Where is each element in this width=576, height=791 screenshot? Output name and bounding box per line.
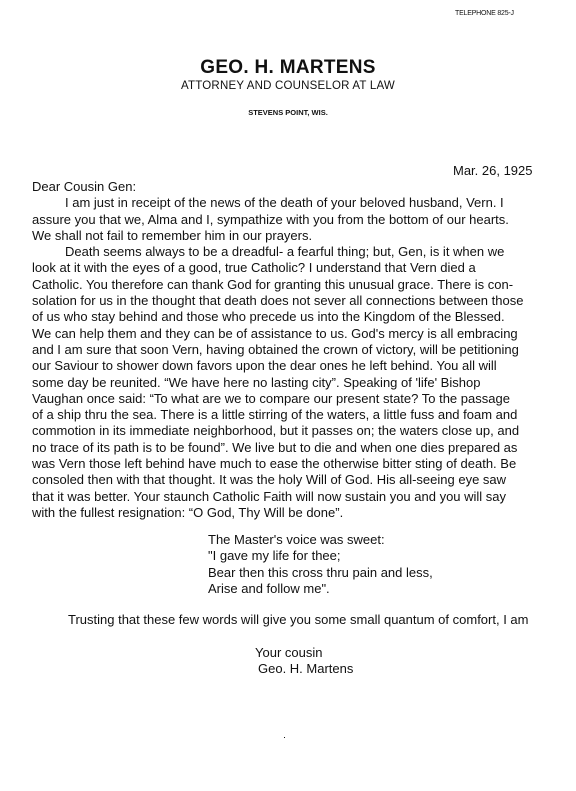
paragraph-2: Death seems always to be a dreadful- a f… (32, 244, 548, 521)
letter-date: Mar. 26, 1925 (453, 163, 533, 178)
text-line: solation for us in the thought that deat… (32, 293, 548, 309)
text-line: Death seems always to be a dreadful- a f… (32, 244, 548, 260)
text-line: was Vern those left behind have much to … (32, 456, 548, 472)
text-line: consoled then with that thought. It was … (32, 472, 548, 488)
text-line: Vaughan once said: “To what are we to co… (32, 391, 548, 407)
text-line: of a ship thru the sea. There is a littl… (32, 407, 548, 423)
poem-line: "I gave my life for thee; (208, 548, 433, 564)
closing-line: Trusting that these few words will give … (68, 612, 528, 627)
text-line: I am just in receipt of the news of the … (32, 195, 548, 211)
paragraph-1: I am just in receipt of the news of the … (32, 195, 548, 244)
text-line: with the fullest resignation: “O God, Th… (32, 505, 548, 521)
poem-line: Arise and follow me". (208, 581, 433, 597)
letterhead-title: ATTORNEY AND COUNSELOR AT LAW (0, 80, 576, 92)
text-line: We shall not fail to remember him in our… (32, 228, 548, 244)
poem-verse: The Master's voice was sweet: "I gave my… (208, 532, 433, 597)
text-line: no trace of its path is to be found”. We… (32, 440, 548, 456)
telephone-number: TELEPHONE 825-J (455, 10, 514, 17)
poem-line: Bear then this cross thru pain and less, (208, 565, 433, 581)
text-line: and I am sure that soon Vern, having obt… (32, 342, 548, 358)
salutation: Dear Cousin Gen: (32, 179, 548, 195)
signature-block: Your cousin Geo. H. Martens (255, 645, 353, 678)
text-line: commotion in its immediate neighborhood,… (32, 423, 548, 439)
text-line: our Saviour to shower down favors upon t… (32, 358, 548, 374)
letterhead-name: GEO. H. MARTENS (0, 57, 576, 79)
scan-speck (284, 737, 285, 738)
poem-line: The Master's voice was sweet: (208, 532, 433, 548)
letter-body: Dear Cousin Gen: I am just in receipt of… (32, 179, 548, 521)
signature-name: Geo. H. Martens (255, 661, 353, 677)
text-line: We can help them and they can be of assi… (32, 326, 548, 342)
text-line: Catholic. You therefore can thank God fo… (32, 277, 548, 293)
text-line: assure you that we, Alma and I, sympathi… (32, 212, 548, 228)
text-line: some day be reunited. “We have here no l… (32, 375, 548, 391)
letterhead-city: STEVENS POINT, WIS. (0, 108, 576, 117)
text-line: that it was better. Your staunch Catholi… (32, 489, 548, 505)
text-line: of us who stay behind and those who prec… (32, 309, 548, 325)
text-line: look at it with the eyes of a good, true… (32, 260, 548, 276)
valediction: Your cousin (255, 645, 353, 661)
